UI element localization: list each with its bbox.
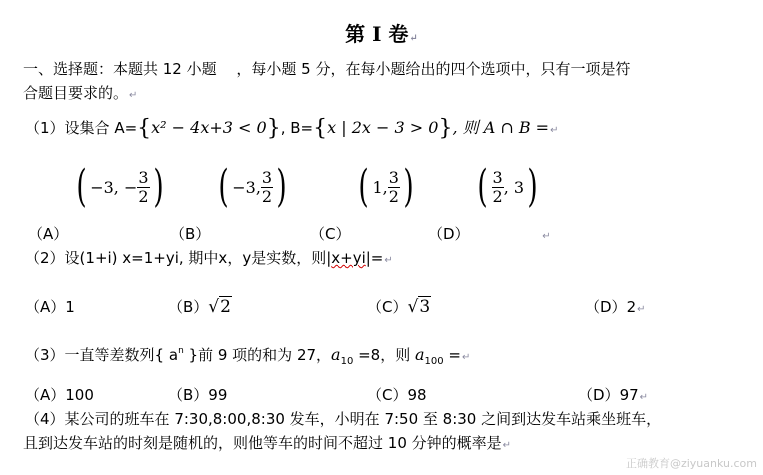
paragraph-mark-icon: ↵ (637, 304, 645, 315)
paragraph-mark-icon: ↵ (462, 352, 470, 363)
option-label: （C） (367, 386, 407, 404)
right-brace: } (267, 116, 281, 141)
option-d: （D）2↵ (585, 296, 646, 317)
set-a-expression: x² − 4x+3 < 0 (151, 118, 267, 137)
left-brace: { (137, 116, 151, 141)
set-b-expression: x | 2x − 3 > 0 (327, 118, 438, 137)
paragraph-mark-icon: ↵ (503, 440, 511, 451)
option-label: （A） (25, 386, 65, 404)
fraction-denominator: 2 (388, 188, 400, 206)
option-value: 100 (65, 386, 94, 404)
stem-text: }前 9 项的和为 27， (184, 346, 331, 364)
option-b: （B）99 (168, 384, 227, 405)
question-number: （4） (25, 410, 65, 428)
radicand: 2 (219, 296, 232, 317)
option-value: , 3 (504, 178, 524, 197)
option-a: （A） (−3, −32) (28, 165, 167, 209)
paragraph-mark-icon: ↵ (384, 255, 392, 266)
question-2-stem: （2）设(1+i) x=1+yi, 期中x，y是实数，则|x+yi|=↵ (25, 247, 393, 268)
stem-text: 设集合 A= (65, 119, 138, 137)
question-number: （1） (25, 119, 65, 137)
option-a: （A）1 (25, 296, 75, 317)
option-label: （C） (367, 298, 407, 316)
fraction-denominator: 2 (261, 188, 273, 206)
stem-text: , B= (281, 119, 313, 137)
option-c: （C）√3 (367, 296, 431, 317)
section-line-1: 一、选择题：本题共 12 小题 ，每小题 5 分，在每小题给出的四个选项中，只有… (23, 57, 630, 81)
option-label: （B） (170, 225, 210, 243)
stem-text: |= (366, 249, 384, 267)
stem-text: =8，则 (353, 346, 415, 364)
question-4-stem: （4）某公司的班车在 7:30,8:00,8:30 发车，小明在 7:50 至 … (25, 407, 661, 458)
paragraph-mark-icon: ↵ (640, 392, 648, 403)
paragraph-mark-icon: ↵ (409, 33, 417, 44)
fraction-numerator: 3 (388, 169, 400, 188)
subscript: 100 (425, 356, 444, 367)
option-value: 97 (620, 386, 639, 404)
option-b: （B） (−3, 32) (170, 165, 290, 209)
watermark: 正确教育@ziyuanku.com (626, 455, 757, 471)
question-4-line-1: （4）某公司的班车在 7:30,8:00,8:30 发车，小明在 7:50 至 … (25, 407, 661, 431)
option-label: （A） (25, 298, 65, 316)
term-a10: a (331, 345, 341, 364)
stem-text: , 则 A ∩ B = (452, 118, 549, 137)
subscript: 10 (341, 356, 354, 367)
question-3-stem: （3）一直等差数列{ an }前 9 项的和为 27，a10 =8，则 a100… (25, 344, 470, 367)
sqrt-expression: √3 (407, 296, 431, 317)
fraction-denominator: 2 (137, 188, 149, 206)
stem-text: 某公司的班车在 7:30,8:00,8:30 发车，小明在 7:50 至 8:3… (65, 410, 662, 428)
option-d: （D） (32, 3)↵ (428, 165, 551, 209)
stem-text: 设(1+i) x=1+yi, 期中x，y是实数，则| (65, 249, 332, 267)
option-value: 1 (65, 298, 75, 316)
section-line-2: 合题目要求的。↵ (23, 81, 630, 108)
option-label: （D） (578, 386, 620, 404)
question-2-options: （A）1 （B）√2 （C）√3 （D）2↵ (25, 296, 745, 320)
question-number: （3） (25, 346, 65, 364)
page-title: 第 I 卷↵ (0, 18, 763, 47)
left-brace: { (313, 116, 327, 141)
option-c: （C）98 (367, 384, 427, 405)
paragraph-mark-icon: ↵ (129, 90, 137, 101)
option-value: 1, (372, 178, 387, 197)
stem-text: 且到达发车站的时刻是随机的，则他等车的时间不超过 10 分钟的概率是 (23, 434, 502, 452)
paragraph-mark-icon: ↵ (542, 231, 550, 242)
right-brace: } (438, 116, 452, 141)
question-1-stem: （1）设集合 A={x² − 4x+3 < 0}, B={x | 2x − 3 … (25, 115, 558, 141)
question-4-line-2: 且到达发车站的时刻是随机的，则他等车的时间不超过 10 分钟的概率是↵ (23, 431, 661, 458)
option-label: （C） (310, 225, 350, 243)
option-label: （A） (28, 225, 68, 243)
option-c: （C） (1, 32) (310, 165, 417, 209)
option-value: −3, − (90, 178, 137, 197)
question-number: （2） (25, 249, 65, 267)
option-label: （B） (168, 298, 208, 316)
stem-text: = (444, 346, 461, 364)
option-label: （D） (428, 225, 470, 243)
fraction-numerator: 3 (492, 169, 504, 188)
fraction-numerator: 3 (137, 169, 149, 188)
option-label: （D） (585, 298, 627, 316)
sqrt-expression: √2 (208, 296, 232, 317)
radicand: 3 (418, 296, 431, 317)
fraction-denominator: 2 (492, 188, 504, 206)
question-1-options: （A） (−3, −32) （B） (−3, 32) （C） (1, 32) （… (28, 165, 548, 220)
option-label: （B） (168, 386, 208, 404)
option-a: （A）100 (25, 384, 94, 405)
option-b: （B）√2 (168, 296, 232, 317)
option-value: 98 (407, 386, 426, 404)
spellcheck-underlined-text: x+yi (331, 249, 366, 267)
stem-text: 一直等差数列{ a (65, 346, 179, 364)
section-instructions: 一、选择题：本题共 12 小题 ，每小题 5 分，在每小题给出的四个选项中，只有… (23, 57, 630, 108)
option-value: 2 (627, 298, 637, 316)
paragraph-mark-icon: ↵ (550, 125, 558, 136)
question-3-options: （A）100 （B）99 （C）98 （D）97↵ (25, 384, 745, 408)
option-d: （D）97↵ (578, 384, 648, 405)
fraction-numerator: 3 (261, 169, 273, 188)
option-value: −3, (232, 178, 261, 197)
term-a100: a (415, 345, 425, 364)
option-value: 99 (208, 386, 227, 404)
